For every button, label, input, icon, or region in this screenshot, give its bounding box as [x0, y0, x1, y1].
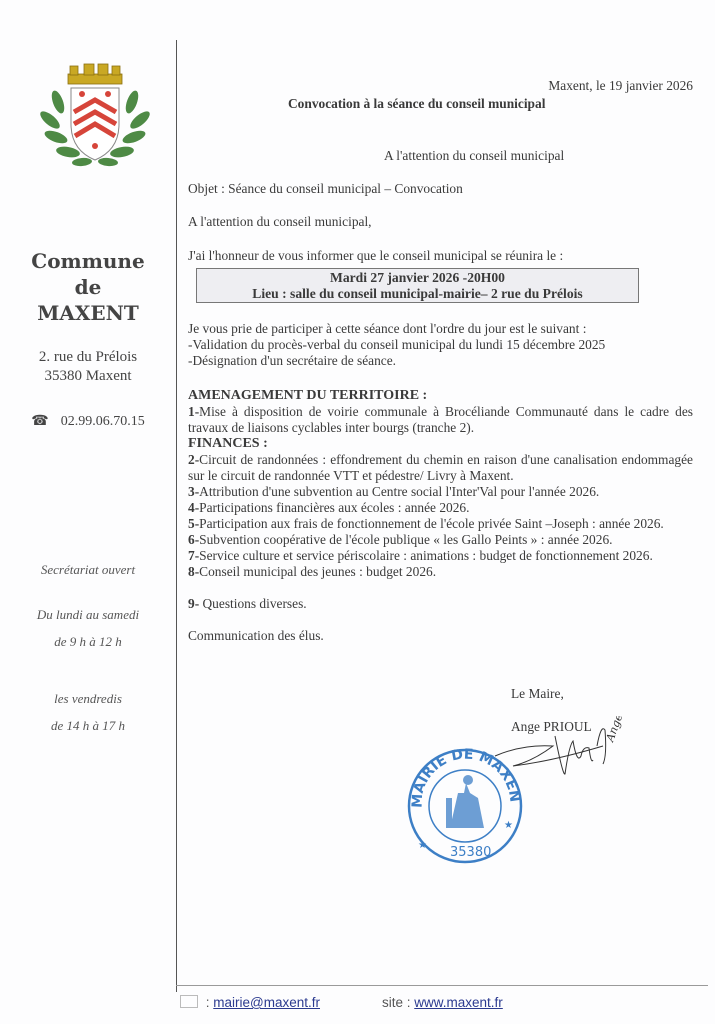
footer: : mairie@maxent.fr site : www.maxent.fr: [180, 995, 320, 1010]
website: site : www.maxent.fr: [382, 995, 503, 1010]
section-finances: FINANCES :: [188, 436, 693, 452]
agenda-item: 2-Circuit de randonnées : effondrement d…: [188, 452, 693, 484]
telephone-icon: ☎: [31, 414, 48, 429]
envelope-icon: [180, 995, 198, 1008]
attention-header: A l'attention du conseil municipal: [384, 148, 564, 164]
mayor-signature: Ange: [493, 716, 633, 786]
commune-name: Commune de MAXENT: [0, 248, 176, 326]
agenda-item: 7-Service culture et service périscolair…: [188, 548, 693, 564]
agenda-item: 9- Questions diverses.: [188, 596, 693, 612]
meeting-info-box: Mardi 27 janvier 2026 -20H00 Lieu : sall…: [196, 268, 639, 303]
svg-text:Ange: Ange: [603, 716, 626, 744]
meeting-datetime: Mardi 27 janvier 2026 -20H00: [197, 270, 638, 286]
agenda-item: 1-Mise à disposition de voirie communale…: [188, 404, 693, 436]
svg-text:★: ★: [504, 820, 513, 831]
commune-address: 2. rue du Prélois 35380 Maxent: [0, 348, 176, 386]
closing: Le Maire,: [511, 686, 564, 702]
agenda-list: AMENAGEMENT DU TERRITOIRE : 1-Mise à dis…: [188, 388, 693, 644]
friday-days: les vendredis: [0, 685, 176, 712]
announcement-line: J'ai l'honneur de vous informer que le c…: [188, 248, 563, 264]
secretariat-label: Secrétariat ouvert: [0, 556, 176, 583]
communication-line: Communication des élus.: [188, 628, 693, 644]
weekday-days: Du lundi au samedi: [0, 601, 176, 628]
agenda-item: 3-Attribution d'une subvention au Centre…: [188, 484, 693, 500]
section-amenagement: AMENAGEMENT DU TERRITOIRE :: [188, 388, 693, 404]
weekday-hours: de 9 h à 12 h: [0, 628, 176, 655]
column-divider: [176, 40, 177, 992]
svg-text:35380: 35380: [450, 845, 491, 860]
footer-divider: [176, 985, 708, 986]
subject-line: Objet : Séance du conseil municipal – Co…: [188, 181, 463, 197]
agenda-item: 6-Subvention coopérative de l'école publ…: [188, 532, 693, 548]
salutation: A l'attention du conseil municipal,: [188, 214, 372, 230]
email-link[interactable]: mairie@maxent.fr: [213, 995, 320, 1010]
coat-of-arms-icon: [38, 62, 152, 172]
agenda-intro: Je vous prie de participer à cette séanc…: [188, 321, 605, 369]
svg-text:★: ★: [418, 840, 427, 851]
friday-hours: de 14 h à 17 h: [0, 712, 176, 739]
date-line: Maxent, le 19 janvier 2026: [548, 78, 693, 94]
meeting-place: Lieu : salle du conseil municipal-mairie…: [197, 286, 638, 302]
agenda-item: 5-Participation aux frais de fonctionnem…: [188, 516, 693, 532]
letter-title: Convocation à la séance du conseil munic…: [288, 96, 545, 112]
agenda-item: 4-Participations financières aux écoles …: [188, 500, 693, 516]
commune-phone: ☎02.99.06.70.15: [0, 413, 176, 430]
agenda-item: 8-Conseil municipal des jeunes : budget …: [188, 564, 693, 580]
website-link[interactable]: www.maxent.fr: [414, 995, 503, 1010]
